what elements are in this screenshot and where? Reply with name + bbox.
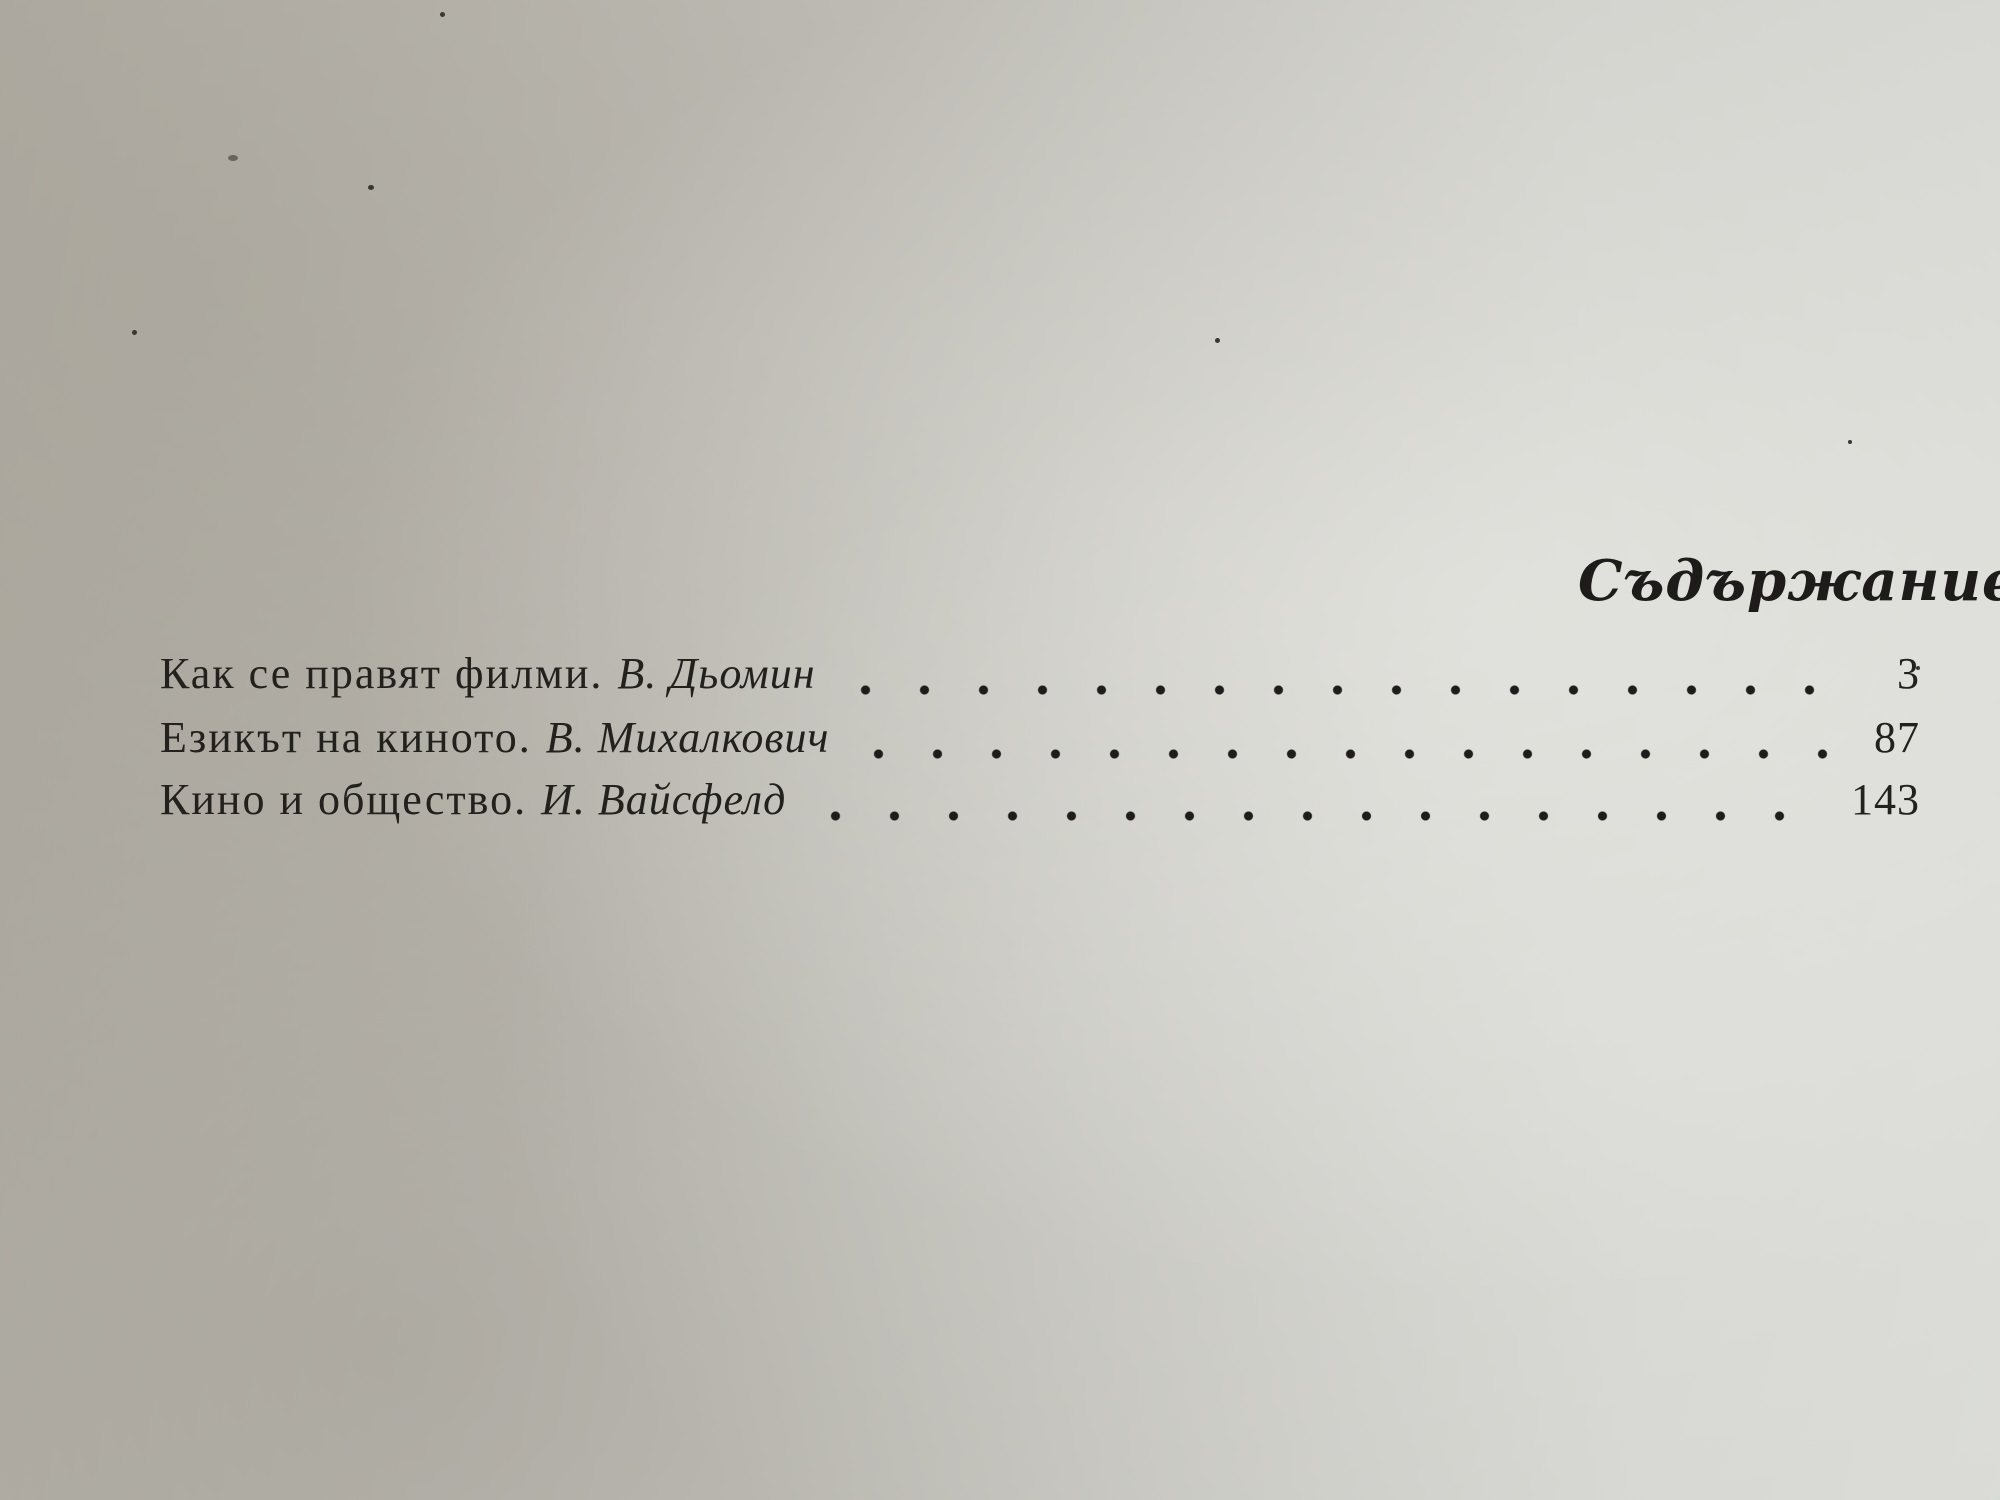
- paper-speck: [1215, 338, 1220, 343]
- paper-speck: [132, 330, 137, 335]
- toc-heading: Съдържание: [1578, 548, 2000, 614]
- book-page: Съдържание Как се правят филми. В. Дьоми…: [0, 0, 2000, 1500]
- dot-leader: [806, 811, 1830, 821]
- toc-entry[interactable]: Как се правят филми. В. Дьомин 3: [160, 648, 1920, 708]
- toc-entry[interactable]: Езикът на киното. В. Михалкович 87: [160, 712, 1920, 772]
- toc-entry[interactable]: Кино и общество. И. Вайсфелд 143: [160, 774, 1920, 834]
- toc-entry-title: Кино и общество.: [160, 774, 527, 825]
- toc-entry-page: 3: [1850, 648, 1920, 699]
- toc-entry-page: 143: [1850, 774, 1920, 825]
- paper-speck: [228, 155, 238, 161]
- paper-speck: [1848, 440, 1852, 444]
- toc-entry-author: В. Михалкович: [546, 712, 830, 763]
- toc-entry-page: 87: [1850, 712, 1920, 763]
- toc-entry-author: И. Вайсфелд: [541, 774, 786, 825]
- toc-entry-author: В. Дьомин: [617, 648, 815, 699]
- toc-entry-title: Езикът на киното.: [160, 712, 532, 763]
- paper-speck: [368, 185, 374, 190]
- toc-entry-title: Как се правят филми.: [160, 648, 603, 699]
- dot-leader: [849, 749, 1830, 759]
- paper-speck: [440, 12, 445, 17]
- dot-leader: [836, 685, 1830, 695]
